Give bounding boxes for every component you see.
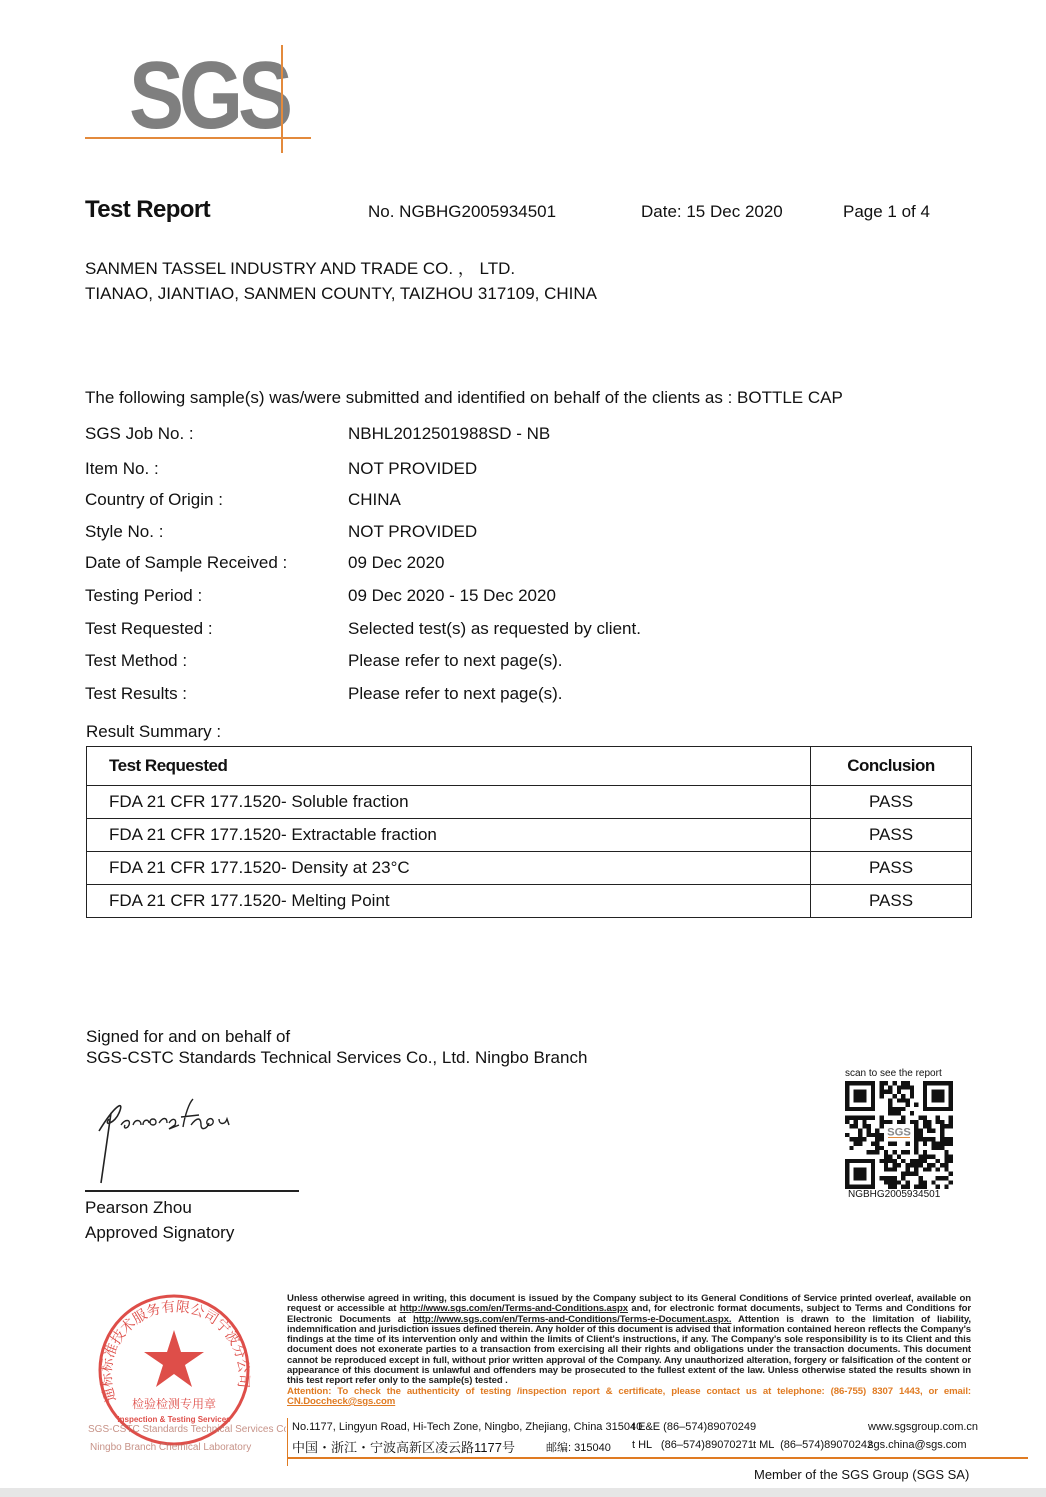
website: www.sgsgroup.com.cn	[868, 1421, 978, 1433]
signature-line	[85, 1190, 299, 1192]
report-number: No. NGBHG2005934501	[368, 202, 556, 222]
table-row: FDA 21 CFR 177.1520- Density at 23°CPASS	[87, 852, 972, 885]
signatory-name: Pearson Zhou	[85, 1198, 192, 1218]
column-header-test: Test Requested	[87, 747, 811, 786]
column-header-conclusion: Conclusion	[811, 747, 972, 786]
page-indicator: Page 1 of 4	[843, 202, 930, 222]
field-value: CHINA	[348, 490, 401, 510]
sample-intro: The following sample(s) was/were submitt…	[85, 388, 843, 408]
contact-email: sgs.china@sgs.com	[868, 1439, 967, 1451]
result-summary-table: Test Requested Conclusion FDA 21 CFR 177…	[86, 746, 972, 918]
disclaimer-text-3: Attention is drawn to the limitation of …	[287, 1314, 971, 1387]
svg-text:SGS: SGS	[887, 1126, 911, 1138]
table-row: FDA 21 CFR 177.1520- Soluble fractionPAS…	[87, 786, 972, 819]
conclusion-cell: PASS	[811, 885, 972, 918]
report-date: Date: 15 Dec 2020	[641, 202, 783, 222]
conclusion-cell: PASS	[811, 852, 972, 885]
test-name-cell: FDA 21 CFR 177.1520- Extractable fractio…	[87, 819, 811, 852]
field-label: Testing Period :	[85, 586, 202, 606]
qr-caption: scan to see the report	[845, 1068, 942, 1079]
field-value: Please refer to next page(s).	[348, 684, 563, 704]
client-address: TIANAO, JIANTIAO, SANMEN COUNTY, TAIZHOU…	[85, 284, 597, 304]
field-value: 09 Dec 2020	[348, 553, 444, 573]
table-row: FDA 21 CFR 177.1520- Melting PointPASS	[87, 885, 972, 918]
page-bottom-edge	[0, 1488, 1046, 1497]
qr-code[interactable]: SGS	[845, 1081, 953, 1189]
field-label: Test Method :	[85, 651, 187, 671]
logo-text: SGS	[129, 51, 288, 141]
field-label: Test Results :	[85, 684, 187, 704]
signed-on-behalf: Signed for and on behalf of	[86, 1027, 290, 1047]
result-summary-label: Result Summary :	[86, 722, 221, 742]
postcode-zh: 邮编: 315040	[546, 1439, 611, 1455]
field-label: Item No. :	[85, 459, 159, 479]
svg-text:SGS-CSTC Standards Technical S: SGS-CSTC Standards Technical Services Co…	[88, 1424, 286, 1435]
client-name: SANMEN TASSEL INDUSTRY AND TRADE CO. ， L…	[85, 254, 515, 279]
test-name-cell: FDA 21 CFR 177.1520- Soluble fraction	[87, 786, 811, 819]
field-value: NOT PROVIDED	[348, 522, 477, 542]
test-name-cell: FDA 21 CFR 177.1520- Melting Point	[87, 885, 811, 918]
table-header-row: Test Requested Conclusion	[87, 747, 972, 786]
svg-text:Ningbo Branch Chemical Laborat: Ningbo Branch Chemical Laboratory	[90, 1442, 251, 1453]
signatory-role: Approved Signatory	[85, 1223, 234, 1243]
conclusion-cell: PASS	[811, 819, 972, 852]
doccheck-email-link[interactable]: CN.Doccheck@sgs.com	[287, 1396, 395, 1407]
svg-text:检验检测专用章: 检验检测专用章	[132, 1396, 216, 1411]
field-label: Style No. :	[85, 522, 163, 542]
authenticity-notice: Attention: To check the authenticity of …	[287, 1387, 971, 1408]
company-stamp: 通标标准技术服务有限公司宁波分公司 检验检测专用章 Inspection & T…	[86, 1290, 286, 1460]
table-row: FDA 21 CFR 177.1520- Extractable fractio…	[87, 819, 972, 852]
field-label: Date of Sample Received :	[85, 553, 287, 573]
logo-horizontal-rule	[85, 137, 311, 139]
sgs-logo: SGS	[85, 45, 315, 155]
footer-rule	[287, 1457, 1028, 1459]
signing-company: SGS-CSTC Standards Technical Services Co…	[86, 1048, 587, 1068]
legal-disclaimer: Unless otherwise agreed in writing, this…	[287, 1294, 971, 1407]
conclusion-cell: PASS	[811, 786, 972, 819]
field-value: Selected test(s) as requested by client.	[348, 619, 641, 639]
field-value: 09 Dec 2020 - 15 Dec 2020	[348, 586, 556, 606]
logo-vertical-rule	[281, 45, 283, 153]
field-label: SGS Job No. :	[85, 424, 194, 444]
tel-ml: t ML (86–574)89070242	[753, 1439, 873, 1451]
qr-report-id: NGBHG2005934501	[848, 1189, 940, 1200]
field-value: NBHL2012501988SD - NB	[348, 424, 550, 444]
page-title: Test Report	[85, 196, 210, 224]
field-label: Country of Origin :	[85, 490, 223, 510]
svg-text:Inspection & Testing Services: Inspection & Testing Services	[117, 1415, 231, 1424]
field-value: NOT PROVIDED	[348, 459, 477, 479]
address-zh: 中国・浙江・宁波高新区凌云路1177号	[292, 1437, 515, 1456]
field-value: Please refer to next page(s).	[348, 651, 563, 671]
tel-ee: t E&E (86–574)89070249	[632, 1421, 756, 1433]
tel-hl: t HL (86–574)89070271	[632, 1439, 754, 1451]
member-of-sgs: Member of the SGS Group (SGS SA)	[754, 1467, 969, 1482]
address-en: No.1177, Lingyun Road, Hi-Tech Zone, Nin…	[292, 1421, 642, 1433]
handwritten-signature	[95, 1095, 255, 1185]
field-label: Test Requested :	[85, 619, 213, 639]
test-name-cell: FDA 21 CFR 177.1520- Density at 23°C	[87, 852, 811, 885]
